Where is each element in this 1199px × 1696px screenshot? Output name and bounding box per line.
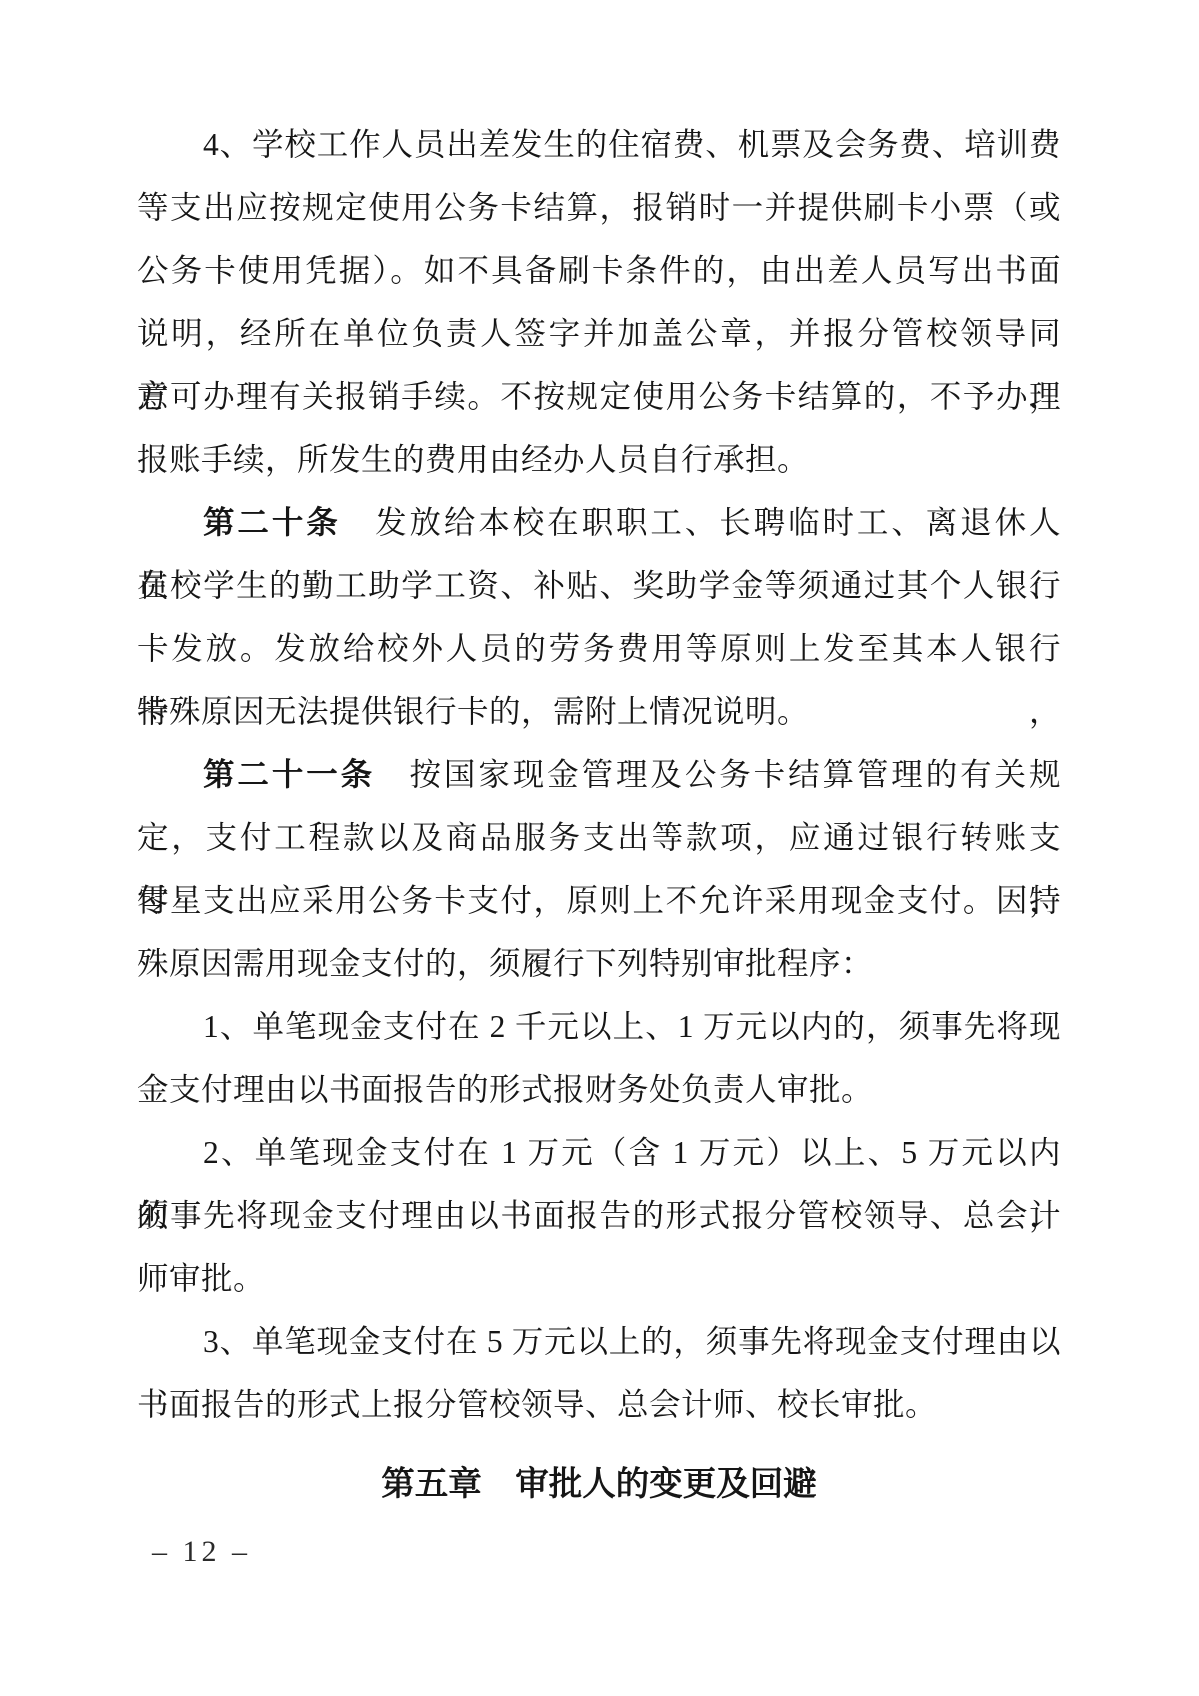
para-article-20: 第二十条 发放给本校在职职工、长聘临时工、离退休人员、在校学生的勤工助学工资、补… <box>137 491 1061 743</box>
para-item-4-official-card-line-3: 公务卡使用凭据）。如不具备刷卡条件的，由出差人员写出书面 <box>137 239 1061 302</box>
article-number-bold: 第二十一条 <box>203 757 375 792</box>
para-item-4-official-card-line-2: 等支出应按规定使用公务卡结算，报销时一并提供刷卡小票（或 <box>137 176 1061 239</box>
para-cash-rule-2-line-2: 须事先将现金支付理由以书面报告的形式报分管校领导、总会计 <box>137 1184 1061 1247</box>
para-item-4-official-card-line-6: 报账手续，所发生的费用由经办人员自行承担。 <box>137 428 1061 491</box>
para-item-4-official-card-line-1: 4、学校工作人员出差发生的住宿费、机票及会务费、培训费 <box>137 113 1061 176</box>
para-item-4-official-card: 4、学校工作人员出差发生的住宿费、机票及会务费、培训费等支出应按规定使用公务卡结… <box>137 113 1061 491</box>
para-item-4-official-card-line-5: 方可办理有关报销手续。不按规定使用公务卡结算的，不予办理 <box>137 365 1061 428</box>
para-cash-rule-1-line-2: 金支付理由以书面报告的形式报财务处负责人审批。 <box>137 1058 1061 1121</box>
document-body: 4、学校工作人员出差发生的住宿费、机票及会务费、培训费等支出应按规定使用公务卡结… <box>137 113 1061 1436</box>
para-article-20-line-1: 第二十条 发放给本校在职职工、长聘临时工、离退休人员、 <box>137 491 1061 554</box>
para-cash-rule-3: 3、单笔现金支付在 5 万元以上的，须事先将现金支付理由以书面报告的形式上报分管… <box>137 1310 1061 1436</box>
para-cash-rule-2-line-1: 2、单笔现金支付在 1 万元（含 1 万元）以上、5 万元以内的， <box>137 1121 1061 1184</box>
article-number-bold: 第二十条 <box>203 505 341 540</box>
para-article-21-line-2: 定，支付工程款以及商品服务支出等款项，应通过银行转账支付， <box>137 806 1061 869</box>
chapter-heading: 第五章 审批人的变更及回避 <box>137 1453 1061 1516</box>
para-article-20-line-3: 卡发放。发放给校外人员的劳务费用等原则上发至其本人银行卡， <box>137 617 1061 680</box>
para-cash-rule-1: 1、单笔现金支付在 2 千元以上、1 万元以内的，须事先将现金支付理由以书面报告… <box>137 995 1061 1121</box>
para-article-21: 第二十一条 按国家现金管理及公务卡结算管理的有关规定，支付工程款以及商品服务支出… <box>137 743 1061 995</box>
para-cash-rule-3-line-1: 3、单笔现金支付在 5 万元以上的，须事先将现金支付理由以 <box>137 1310 1061 1373</box>
page-footer: – 12 – <box>152 1532 251 1572</box>
page-number: – 12 – <box>152 1535 251 1568</box>
para-article-20-line-2: 在校学生的勤工助学工资、补贴、奖助学金等须通过其个人银行 <box>137 554 1061 617</box>
para-cash-rule-3-line-2: 书面报告的形式上报分管校领导、总会计师、校长审批。 <box>137 1373 1061 1436</box>
para-cash-rule-2: 2、单笔现金支付在 1 万元（含 1 万元）以上、5 万元以内的，须事先将现金支… <box>137 1121 1061 1310</box>
para-article-21-line-3: 零星支出应采用公务卡支付，原则上不允许采用现金支付。因特 <box>137 869 1061 932</box>
para-cash-rule-2-line-3: 师审批。 <box>137 1247 1061 1310</box>
para-article-21-line-1: 第二十一条 按国家现金管理及公务卡结算管理的有关规 <box>137 743 1061 806</box>
document-page: 4、学校工作人员出差发生的住宿费、机票及会务费、培训费等支出应按规定使用公务卡结… <box>0 0 1199 1696</box>
para-item-4-official-card-line-4: 说明，经所在单位负责人签字并加盖公章，并报分管校领导同意， <box>137 302 1061 365</box>
para-article-21-line-4: 殊原因需用现金支付的，须履行下列特别审批程序： <box>137 932 1061 995</box>
para-cash-rule-1-line-1: 1、单笔现金支付在 2 千元以上、1 万元以内的，须事先将现 <box>137 995 1061 1058</box>
